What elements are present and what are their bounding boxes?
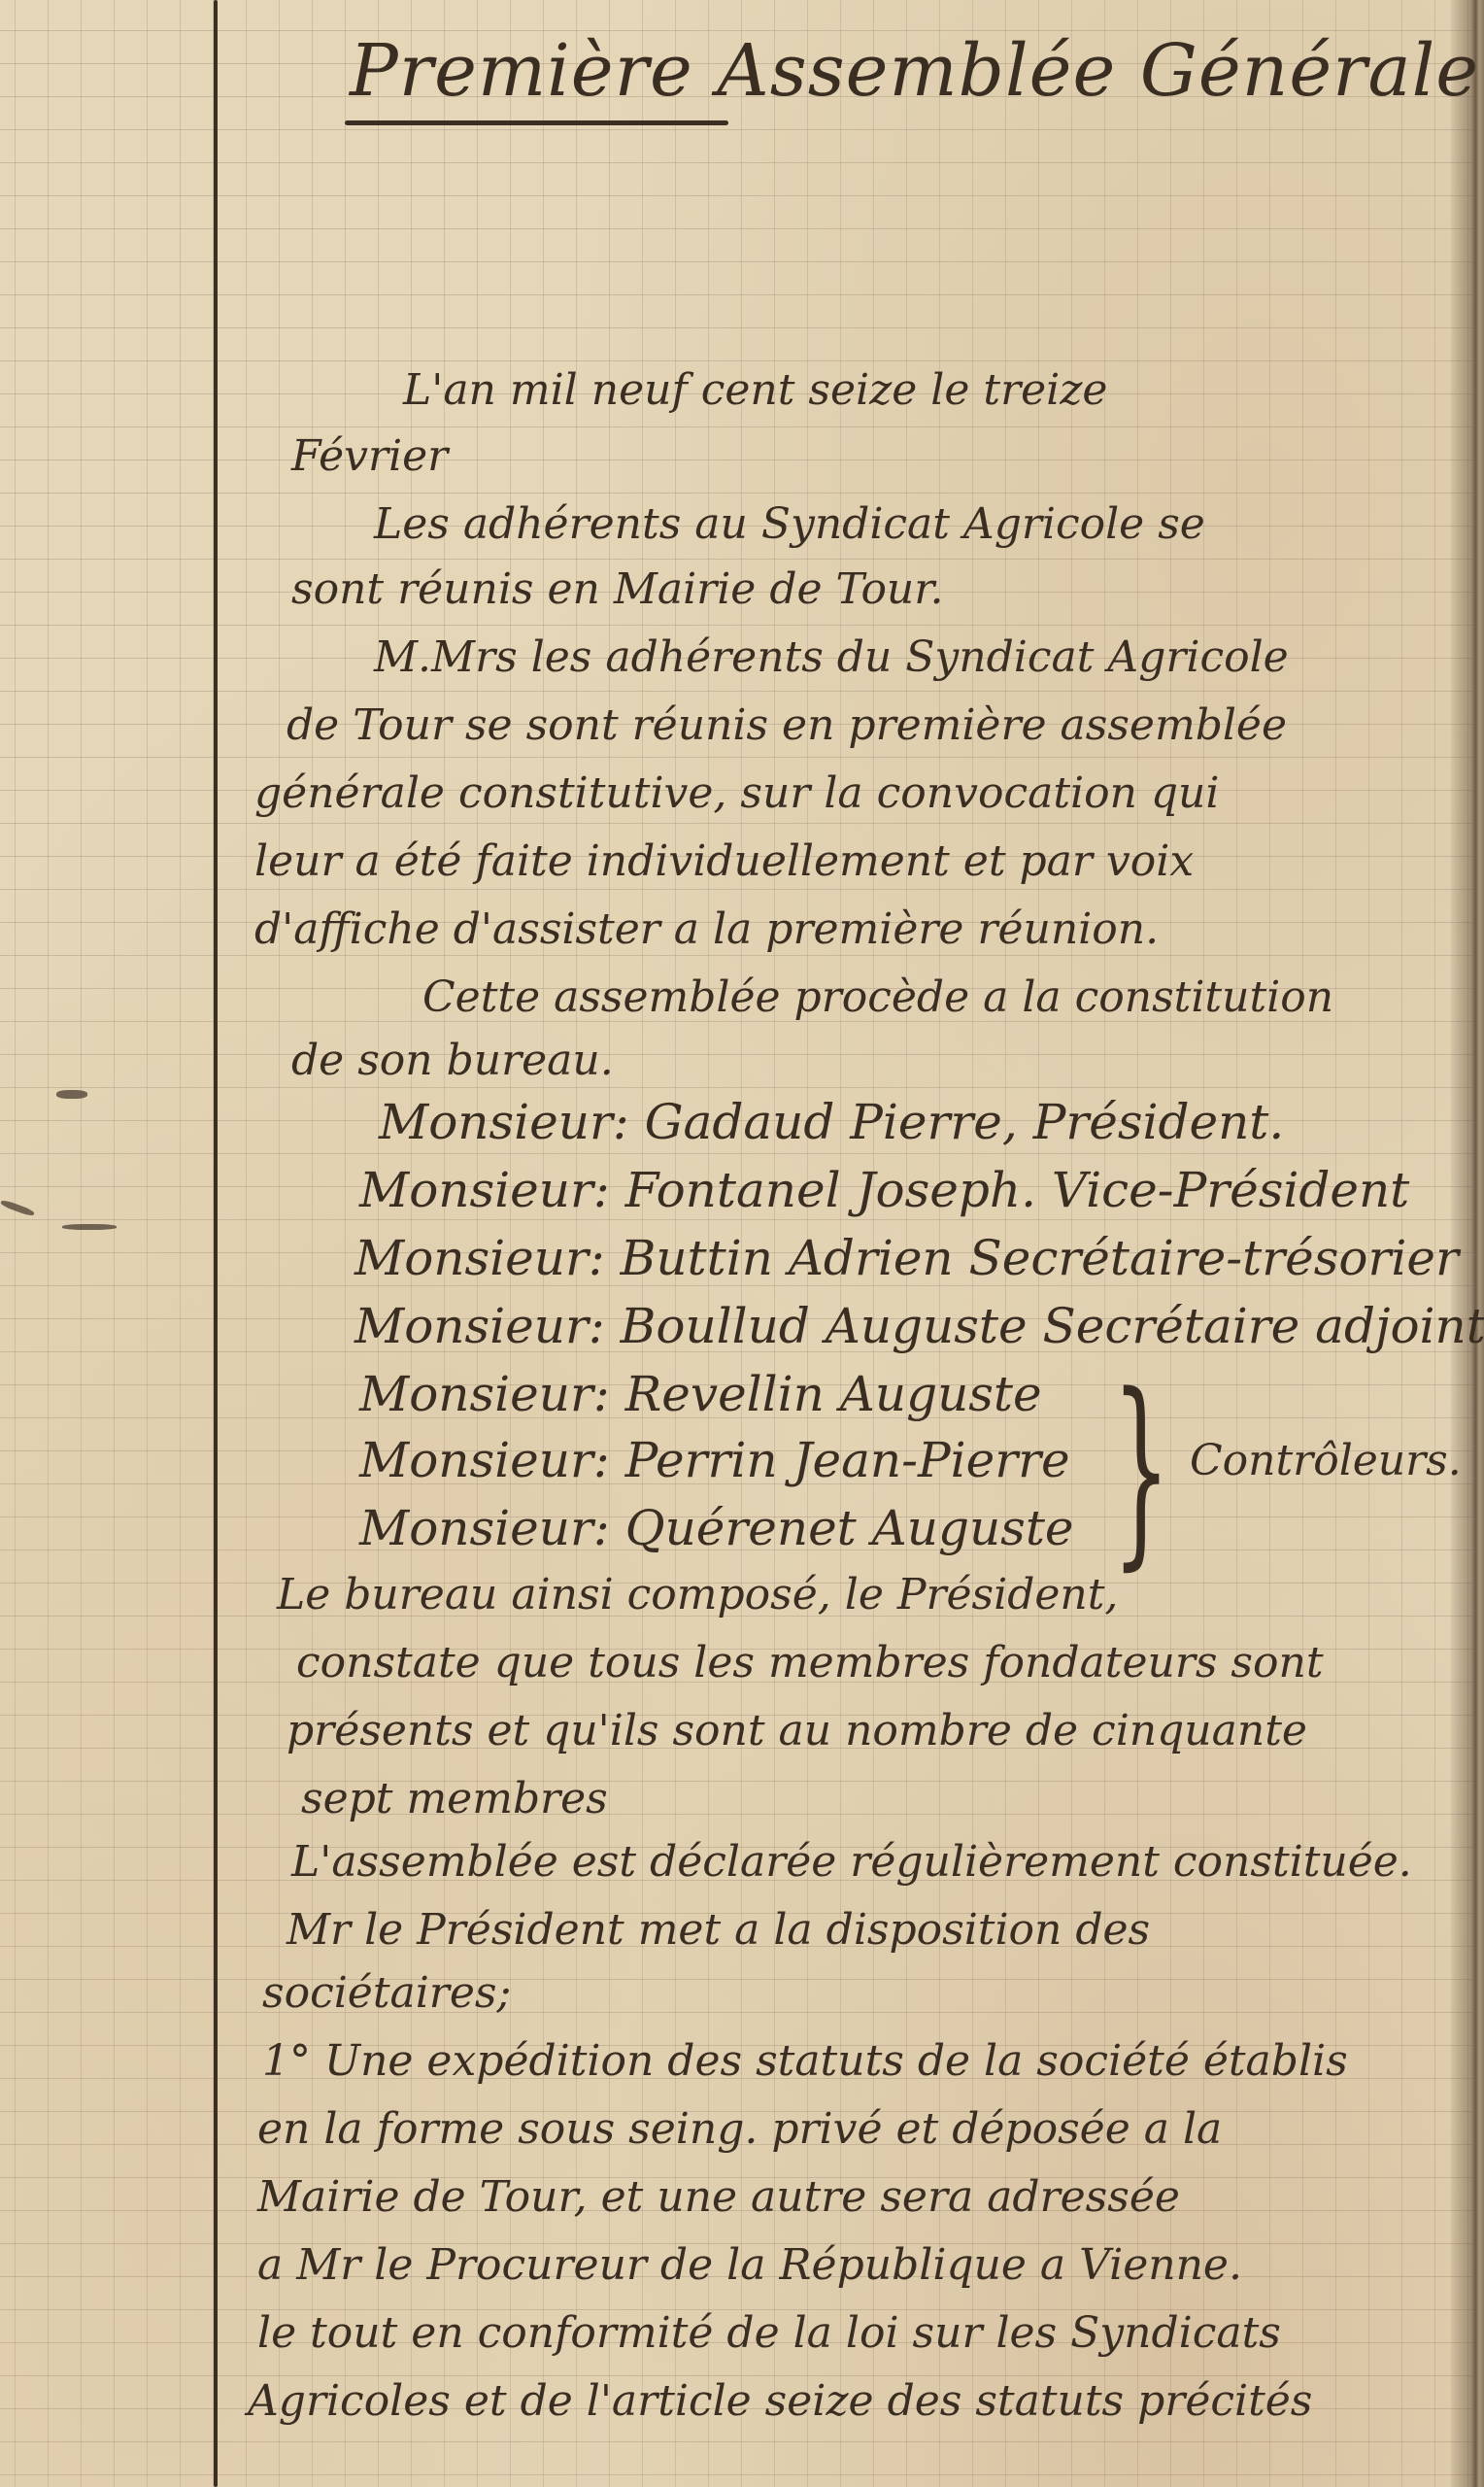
text-line: sociétaires; — [262, 1972, 511, 2015]
text-line: Mr le Président met a la disposition des — [287, 1909, 1150, 1952]
text-line: a Mr le Procureur de la République a Vie… — [257, 2244, 1242, 2287]
separator — [954, 1230, 969, 1286]
separator: : — [593, 1432, 625, 1488]
text-line: Agricoles et de l'article seize des stat… — [248, 2380, 1312, 2423]
officer-row: Monsieur: Fontanel Joseph. Vice-Présiden… — [359, 1166, 1409, 1214]
officer-title: Monsieur — [379, 1094, 613, 1150]
page-margin-rule — [214, 0, 218, 2487]
officer-title: Monsieur — [354, 1298, 589, 1354]
text-line: constate que tous les membres fondateurs… — [296, 1642, 1324, 1685]
text-line: L'an mil neuf cent seize le treize — [403, 369, 1107, 412]
officer-name: Gadaud Pierre — [645, 1094, 1002, 1150]
officer-name: Boullud Auguste — [621, 1298, 1028, 1354]
officer-role: Secrétaire adjoint — [1043, 1298, 1484, 1354]
officer-row: Monsieur: Boullud Auguste Secrétaire adj… — [354, 1302, 1484, 1350]
text-line: présents et qu'ils sont au nombre de cin… — [287, 1710, 1307, 1753]
text-line: sept membres — [301, 1778, 608, 1821]
curly-brace-icon: } — [1112, 1368, 1170, 1572]
officer-role: Président. — [1033, 1094, 1285, 1150]
text-line: Février — [291, 435, 448, 478]
separator: : — [613, 1094, 645, 1150]
ink-blot — [62, 1224, 117, 1230]
officer-name: Perrin Jean-Pierre — [625, 1432, 1070, 1488]
separator: . — [1021, 1162, 1052, 1218]
officer-title: Monsieur — [359, 1366, 593, 1422]
officer-row: Monsieur: Buttin Adrien Secrétaire-tréso… — [354, 1234, 1459, 1282]
officer-role: Vice-Président — [1052, 1162, 1409, 1218]
text-line: Les adhérents au Syndicat Agricole se — [374, 503, 1205, 546]
officer-row: Monsieur: Gadaud Pierre, Président. — [379, 1098, 1284, 1146]
officer-row: Monsieur: Revellin Auguste — [359, 1370, 1042, 1418]
officer-name: Fontanel Joseph — [625, 1162, 1021, 1218]
officer-name: Quérenet Auguste — [625, 1500, 1074, 1556]
officer-name: Revellin Auguste — [625, 1366, 1042, 1422]
text-line: Le bureau ainsi composé, le Président, — [277, 1574, 1118, 1617]
officer-title: Monsieur — [354, 1230, 589, 1286]
text-line: leur a été faite individuellement et par… — [254, 840, 1194, 883]
text-line: Mairie de Tour, et une autre sera adress… — [257, 2176, 1180, 2219]
officer-title: Monsieur — [359, 1500, 593, 1556]
text-line: en la forme sous seing. privé et déposée… — [257, 2108, 1222, 2151]
separator: : — [593, 1500, 625, 1556]
text-line: le tout en conformité de la loi sur les … — [257, 2312, 1281, 2355]
ink-blot — [0, 1199, 35, 1217]
text-line: d'affiche d'assister a la première réuni… — [254, 908, 1159, 951]
officer-row: Monsieur: Perrin Jean-Pierre — [359, 1436, 1070, 1484]
separator — [1028, 1298, 1043, 1354]
separator: : — [589, 1230, 621, 1286]
text-line: de son bureau. — [291, 1039, 614, 1082]
text-line: M.Mrs les adhérents du Syndicat Agricole — [374, 636, 1289, 679]
text-line: L'assemblée est déclarée régulièrement c… — [291, 1841, 1412, 1884]
text-line: générale constitutive, sur la convocatio… — [254, 772, 1219, 815]
controleurs-label: Contrôleurs. — [1190, 1436, 1462, 1485]
officer-name: Buttin Adrien — [621, 1230, 954, 1286]
officer-title: Monsieur — [359, 1432, 593, 1488]
officer-title: Monsieur — [359, 1162, 593, 1218]
text-line: sont réunis en Mairie de Tour. — [291, 568, 943, 611]
text-line: 1° Une expédition des statuts de la soci… — [262, 2040, 1348, 2083]
separator: : — [589, 1298, 621, 1354]
text-line: de Tour se sont réunis en première assem… — [287, 704, 1287, 747]
officer-row: Monsieur: Quérenet Auguste — [359, 1504, 1074, 1552]
page-title: Première Assemblée Générale — [350, 29, 1479, 113]
text-line: Cette assemblée procède a la constitutio… — [422, 976, 1333, 1019]
ink-blot — [56, 1090, 87, 1099]
officer-role: Secrétaire-trésorier — [969, 1230, 1459, 1286]
separator: : — [593, 1162, 625, 1218]
separator: : — [593, 1366, 625, 1422]
title-underline — [345, 120, 728, 125]
separator: , — [1002, 1094, 1033, 1150]
